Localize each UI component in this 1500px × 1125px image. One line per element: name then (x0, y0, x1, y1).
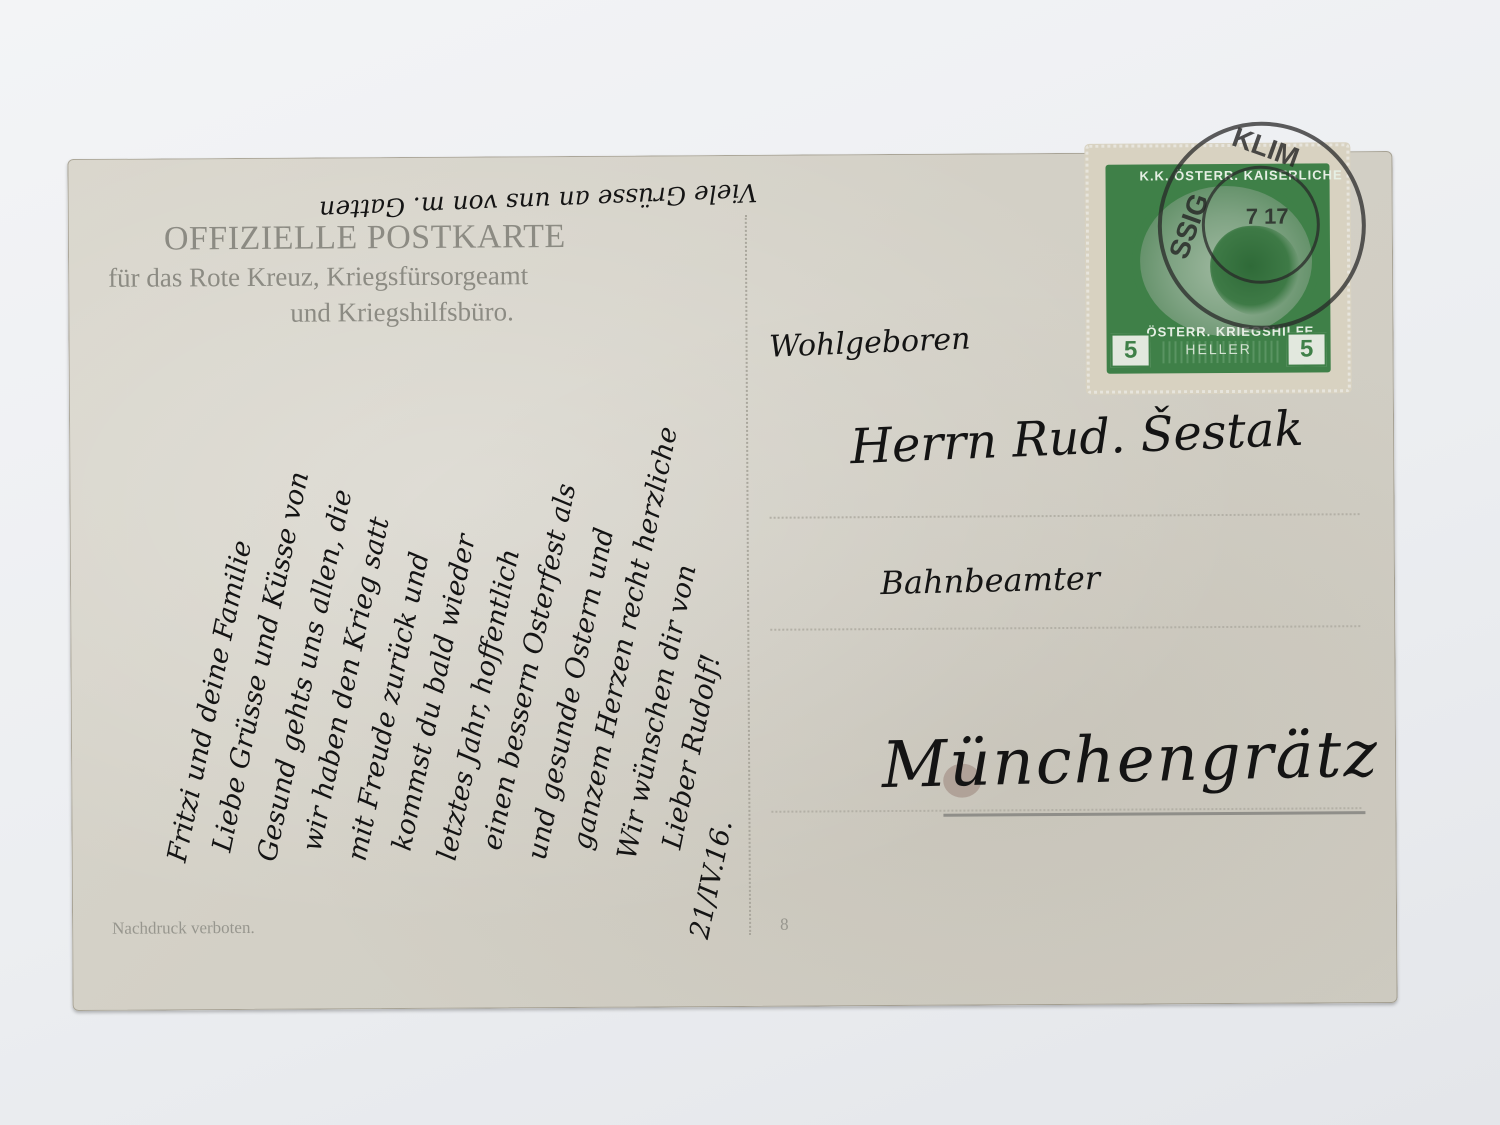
message-address-divider (745, 215, 751, 935)
stamp-value-left: 5 (1110, 333, 1150, 367)
address-recipient-title: Bahnbeamter (880, 559, 1101, 602)
address-city: Münchengrätz (881, 717, 1380, 803)
address-underline (943, 811, 1365, 817)
postmark: KLIM SSIG 7 17 (1157, 121, 1366, 330)
postcard-subtitle-line2: und Kriegshilfsbüro. (290, 296, 514, 328)
address-line-2 (770, 625, 1360, 631)
card-number: 8 (780, 915, 789, 935)
reprint-notice: Nachdruck verboten. (112, 918, 255, 939)
stamp-value-right: 5 (1286, 332, 1326, 366)
stamp-denomination: HELLER (1159, 341, 1279, 364)
address-recipient-name: Herrn Rud. Šestak (849, 401, 1304, 476)
postcard-title: OFFIZIELLE POSTKARTE (164, 218, 566, 258)
postcard-subtitle-line1: für das Rote Kreuz, Kriegsfürsorgeamt (108, 260, 528, 294)
postcard: OFFIZIELLE POSTKARTE für das Rote Kreuz,… (67, 151, 1397, 1011)
address-salutation: Wohlgeboren (768, 322, 971, 365)
address-line-1 (770, 513, 1360, 519)
postmark-date: 7 17 (1246, 204, 1289, 230)
message-date: 21/IV.16. (684, 817, 739, 941)
